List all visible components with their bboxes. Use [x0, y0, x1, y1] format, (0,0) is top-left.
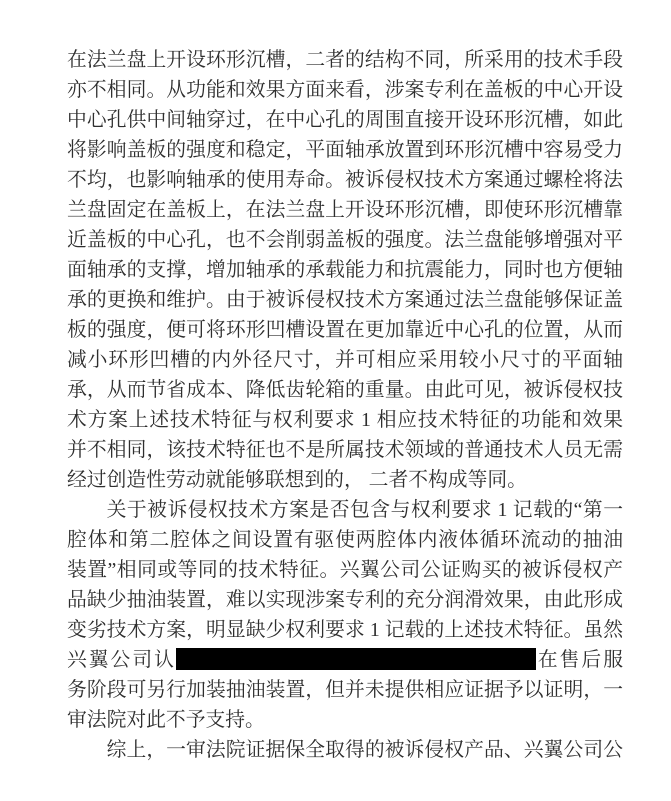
text-line: 亦不相同。从功能和效果方面来看，涉案专利在盖板的中心开设 [67, 75, 623, 105]
text-line: 关于被诉侵权技术方案是否包含与权利要求 1 记载的“第一 [67, 495, 623, 525]
text-line: 板的强度，便可将环形凹槽设置在更加靠近中心孔的位置，从而 [67, 315, 623, 345]
text-line: 并不相同，该技术特征也不是所属技术领域的普通技术人员无需 [67, 435, 623, 465]
redaction-bar [176, 648, 536, 670]
text-line: 面轴承的支撑，增加轴承的承载能力和抗震能力，同时也方便轴 [67, 255, 623, 285]
text-line: 腔体和第二腔体之间设置有驱使两腔体内液体循环流动的抽油 [67, 525, 623, 555]
redaction-pre-text: 兴翼公司认 [67, 649, 176, 671]
text-line: 兰盘固定在盖板上，在法兰盘上开设环形沉槽，即使环形沉槽靠 [67, 195, 623, 225]
text-line: 近盖板的中心孔，也不会削弱盖板的强度。法兰盘能够增强对平 [67, 225, 623, 255]
text-line: 中心孔供中间轴穿过，在中心孔的周围直接开设环形沉槽，如此 [67, 105, 623, 135]
text-line: 品缺少抽油装置，难以实现涉案专利的充分润滑效果，由此形成 [67, 585, 623, 615]
text-line: 变劣技术方案，明显缺少权利要求 1 记载的上述技术特征。虽然 [67, 615, 623, 645]
text-line: 经过创造性劳动就能够联想到的， 二者不构成等同。 [67, 465, 623, 495]
text-line-redacted: 兴翼公司认在售后服 [67, 645, 623, 675]
redaction-post-text: 在售后服 [536, 649, 623, 671]
text-line: 术方案上述技术特征与权利要求 1 相应技术特征的功能和效果 [67, 405, 623, 435]
text-line: 综上，一审法院证据保全取得的被诉侵权产品、兴翼公司公 [67, 735, 623, 765]
text-line: 不均，也影响轴承的使用寿命。被诉侵权技术方案通过螺栓将法 [67, 165, 623, 195]
text-line: 减小环形凹槽的内外径尺寸，并可相应采用较小尺寸的平面轴 [67, 345, 623, 375]
text-line: 将影响盖板的强度和稳定，平面轴承放置到环形沉槽中容易受力 [67, 135, 623, 165]
text-line: 务阶段可另行加装抽油装置，但并未提供相应证据予以证明，一 [67, 675, 623, 705]
text-block: 在法兰盘上开设环形沉槽，二者的结构不同，所采用的技术手段亦不相同。从功能和效果方… [67, 45, 623, 765]
text-line: 审法院对此不予支持。 [67, 705, 623, 735]
text-line: 承，从而节省成本、降低齿轮箱的重量。由此可见，被诉侵权技 [67, 375, 623, 405]
text-line: 装置”相同或等同的技术特征。兴翼公司公证购买的被诉侵权产 [67, 555, 623, 585]
text-line: 承的更换和维护。由于被诉侵权技术方案通过法兰盘能够保证盖 [67, 285, 623, 315]
document-page: 在法兰盘上开设环形沉槽，二者的结构不同，所采用的技术手段亦不相同。从功能和效果方… [0, 0, 671, 801]
text-line: 在法兰盘上开设环形沉槽，二者的结构不同，所采用的技术手段 [67, 45, 623, 75]
